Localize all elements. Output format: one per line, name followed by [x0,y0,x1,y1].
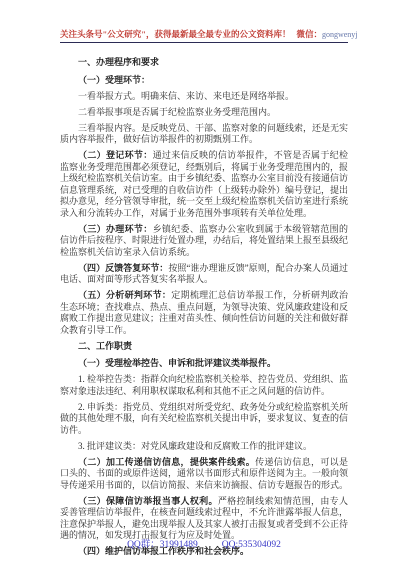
doc-paragraph: （四）反馈答复环节：按照“谁办理谁反馈”原则，配合办案人员通过电话、面对面等形式… [60,263,348,286]
doc-heading: 二、工作职责 [60,341,348,353]
doc-paragraph: 二看举报事项是否属于纪检监察业务受理范围内。 [60,107,348,119]
paragraph-lead: （三）办理环节： [78,224,153,234]
paragraph-lead: （三）保障信访举报当事人权利。 [78,496,218,506]
doc-paragraph: （三）保障信访举报当事人权利。严格控制线索知情范围，由专人妥善管理信访举报件，在… [60,496,348,542]
doc-paragraph: 3. 批评建议类：对党风廉政建设和反腐败工作的批评建议。 [60,441,348,453]
wechat-id: gongwenyj [322,30,358,39]
paragraph-text: 2. 申诉类：指党员、党组织对所受党纪、政务处分或纪检监察机关所做的其他处理不服… [60,402,348,435]
doc-paragraph: （三）办理环节：乡镇纪委、监察办公室收到属于本级管辖范围的信访件后按程序、时限进… [60,224,348,259]
heading-text: 二、工作职责 [78,341,132,351]
paragraph-lead: （二）登记环节： [78,150,153,160]
doc-paragraph: 1. 检举控告类：指群众向纪检监察机关检举、控告党员、党组织、监察对象违法违纪、… [60,374,348,397]
paragraph-text: 二看举报事项是否属于纪检监察业务受理范围内。 [78,107,276,117]
heading-text: 一、办理程序和要求 [78,57,159,67]
doc-paragraph: 2. 申诉类：指党员、党组织对所受党纪、政务处分或纪检监察机关所做的其他处理不服… [60,402,348,437]
paragraph-lead: （五）分析研判环节： [78,290,171,300]
subheading-text: （一）受理环节： [78,75,150,85]
paragraph-text: 通过来信反映的信访举报件，不管是否属于纪检监察业务受理范围都必须登记，经甄别后，… [60,150,348,218]
paragraph-text: 1. 检举控告类：指群众向纪检监察机关检举、控告党员、党组织、监察对象违法违纪、… [60,374,348,396]
subheading-text: （一）受理检举控告、申诉和批评建议类举报件。 [78,358,276,368]
contact-footer: QQ群：31991489QQ:535304092 [0,536,408,550]
paragraph-text: 三看举报内容。是反映党员、干部、监察对象的问题线索，还是无实质内容举报件，做好信… [60,123,348,145]
doc-paragraph: （五）分析研判环节：定期梳理汇总信访举报工作，分析研判政治生态环境；查找难点、热… [60,290,348,336]
promo-banner: 关注头条号"公文研究"，获得最新最全最专业的公文资料库！微信：gongwenyj [60,28,348,43]
doc-heading: 一、办理程序和要求 [60,57,348,69]
doc-paragraph: 一看举报方式。明确来信、来访、来电还是网络举报。 [60,91,348,103]
qq-group-number: QQ群：31991489 [127,540,198,550]
document-body: 一、办理程序和要求 （一）受理环节： 一看举报方式。明确来信、来访、来电还是网络… [60,57,348,558]
promo-text: 关注头条号"公文研究"，获得最新最全最专业的公文资料库！ [60,29,290,39]
qq-number: QQ:535304092 [222,540,281,550]
paragraph-text: 一看举报方式。明确来信、来访、来电还是网络举报。 [78,91,294,101]
doc-subheading: （一）受理检举控告、申诉和批评建议类举报件。 [60,358,348,370]
paragraph-text: 3. 批评建议类：对党风廉政建设和反腐败工作的批评建议。 [78,441,312,451]
paragraph-lead: （二）加工传递信访信息，提供案件线索。 [78,457,255,467]
document-page: 关注头条号"公文研究"，获得最新最全最专业的公文资料库！微信：gongwenyj… [0,0,408,580]
doc-paragraph: （二）加工传递信访信息，提供案件线索。传递信访信息，可以是口头的、书面的或原件送… [60,457,348,492]
doc-paragraph: （二）登记环节：通过来信反映的信访举报件，不管是否属于纪检监察业务受理范围都必须… [60,150,348,219]
doc-subheading: （一）受理环节： [60,75,348,87]
paragraph-lead: （四）反馈答复环节： [78,263,168,273]
wechat-label: 微信： [296,29,322,39]
doc-paragraph: 三看举报内容。是反映党员、干部、监察对象的问题线索，还是无实质内容举报件，做好信… [60,123,348,146]
